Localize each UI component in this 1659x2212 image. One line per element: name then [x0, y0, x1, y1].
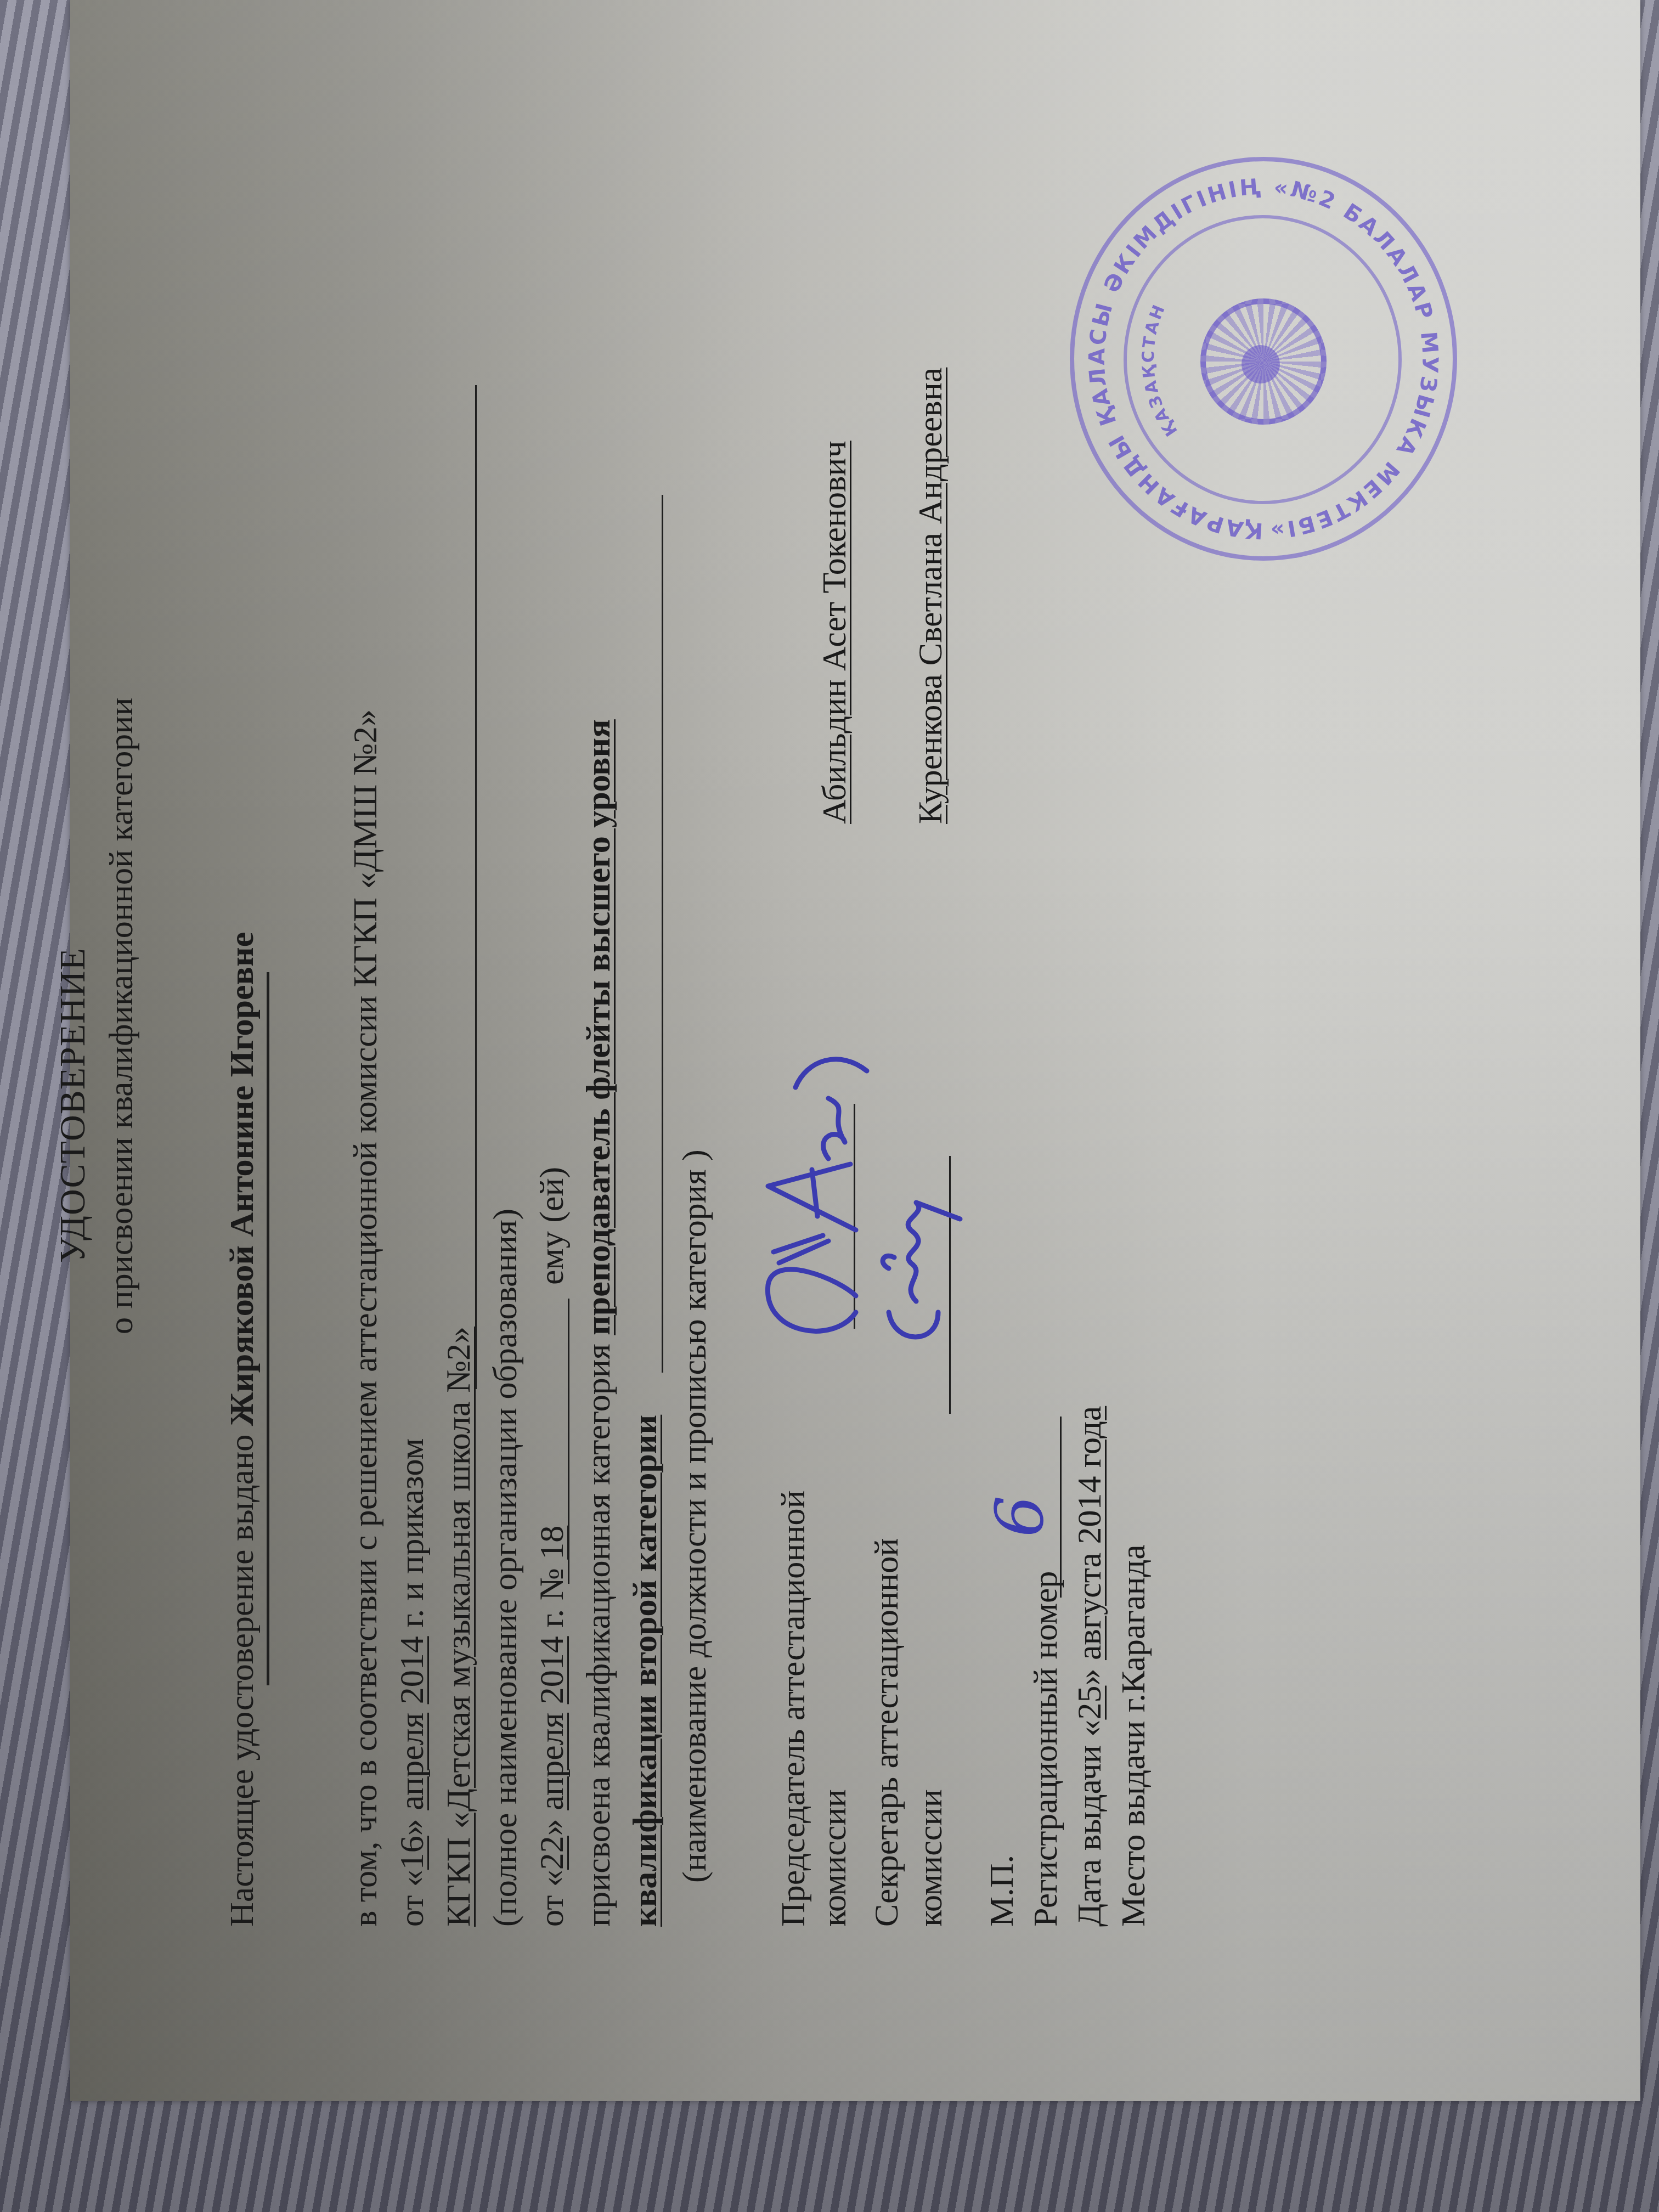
- issue-date-line: Дата выдачи «25» августа 2014 года: [1073, 1406, 1107, 1927]
- issued-to-line: Настоящее удостоверение выдано Жиряковой…: [225, 932, 259, 1927]
- chairman-label-line2: комиссии: [817, 1789, 851, 1927]
- order-month: апреля: [533, 1713, 571, 1810]
- assigned-prefix: присвоена квалификационная категория: [580, 1335, 617, 1927]
- category-underline: [662, 495, 663, 1373]
- document-subtitle: о присвоении квалификационной категории: [104, 697, 138, 1334]
- certificate-document: УДОСТОВЕРЕНИЕ о присвоении квалификацион…: [0, 0, 1659, 2212]
- secretary-label-line2: комиссии: [913, 1789, 947, 1927]
- decision-year-space: [393, 1704, 431, 1713]
- secretary-name: Куренкова Светлана Андреевна: [913, 368, 947, 824]
- decision-date-prefix: от «: [393, 1870, 431, 1927]
- registration-line: Регистрационный номер: [1029, 1571, 1063, 1927]
- assigned-line: присвоена квалификационная категория пре…: [582, 719, 616, 1927]
- order-line: от «22» апреля 2014 г. № 18: [535, 1526, 569, 1927]
- order-date-prefix: от «: [533, 1870, 571, 1927]
- secretary-label-line1: Секретарь аттестационной: [870, 1538, 904, 1927]
- chairman-name: Абильдин Асет Токенович: [817, 441, 851, 824]
- chairman-label-line1: Председатель аттестационной: [776, 1490, 810, 1927]
- stamp-emblem-core: [1242, 345, 1280, 383]
- issue-day: 25: [1071, 1686, 1108, 1720]
- document-title: УДОСТОВЕРЕНИЕ: [55, 947, 91, 1263]
- organization-name: КГКП «Детская музыкальная школа №2»: [442, 1327, 476, 1927]
- order-recipient-suffix: ему (ей): [535, 1167, 569, 1285]
- decision-month: апреля: [393, 1713, 431, 1810]
- issued-to-prefix: Настоящее удостоверение выдано: [223, 1435, 261, 1927]
- official-stamp: ҚАРАҒАНДЫ ҚАЛАСЫ ӘКІМДІГІНІҢ «№2 БАЛАЛАР…: [1070, 157, 1457, 561]
- order-year: 2014: [533, 1636, 571, 1704]
- order-number-prefix: г. №: [533, 1560, 571, 1637]
- decision-date-line: от «16» апреля 2014 г. и приказом: [395, 1438, 429, 1927]
- recipient-name-underline: [267, 972, 269, 1685]
- organization-caption: (полное наименование организации образов…: [488, 1209, 522, 1927]
- issue-date-mid: »: [1071, 1660, 1108, 1686]
- decision-date-suffix: г. и приказом: [393, 1438, 431, 1637]
- registration-number-underline: [1060, 1417, 1062, 1598]
- category-caption: (наименование должности и прописью катег…: [678, 1149, 712, 1883]
- registration-number: 6: [982, 1496, 1058, 1537]
- issue-place: Место выдачи г.Караганда: [1116, 1544, 1150, 1927]
- order-date-mid: »: [533, 1810, 571, 1836]
- assigned-category-part2: квалификации второй категории: [628, 1415, 662, 1927]
- decision-year: 2014: [393, 1636, 431, 1704]
- order-day: 22: [533, 1836, 571, 1870]
- order-number: 18: [533, 1526, 571, 1560]
- secretary-signature: [856, 1159, 966, 1356]
- issue-month-year: августа 2014 года: [1071, 1406, 1108, 1660]
- seal-mark: М.П.: [985, 1855, 1019, 1927]
- decision-date-mid: »: [393, 1810, 431, 1836]
- decision-line: в том, что в соответствии с решением атт…: [348, 709, 382, 1927]
- order-number-underline: [568, 1299, 569, 1584]
- issue-date-prefix: Дата выдачи «: [1071, 1720, 1108, 1927]
- decision-day: 16: [393, 1836, 431, 1870]
- recipient-name: Жиряковой Антонине Игоревне: [223, 932, 261, 1426]
- organization-underline: [475, 385, 477, 1389]
- assigned-category-part1: преподаватель флейты высшего уровня: [580, 719, 617, 1335]
